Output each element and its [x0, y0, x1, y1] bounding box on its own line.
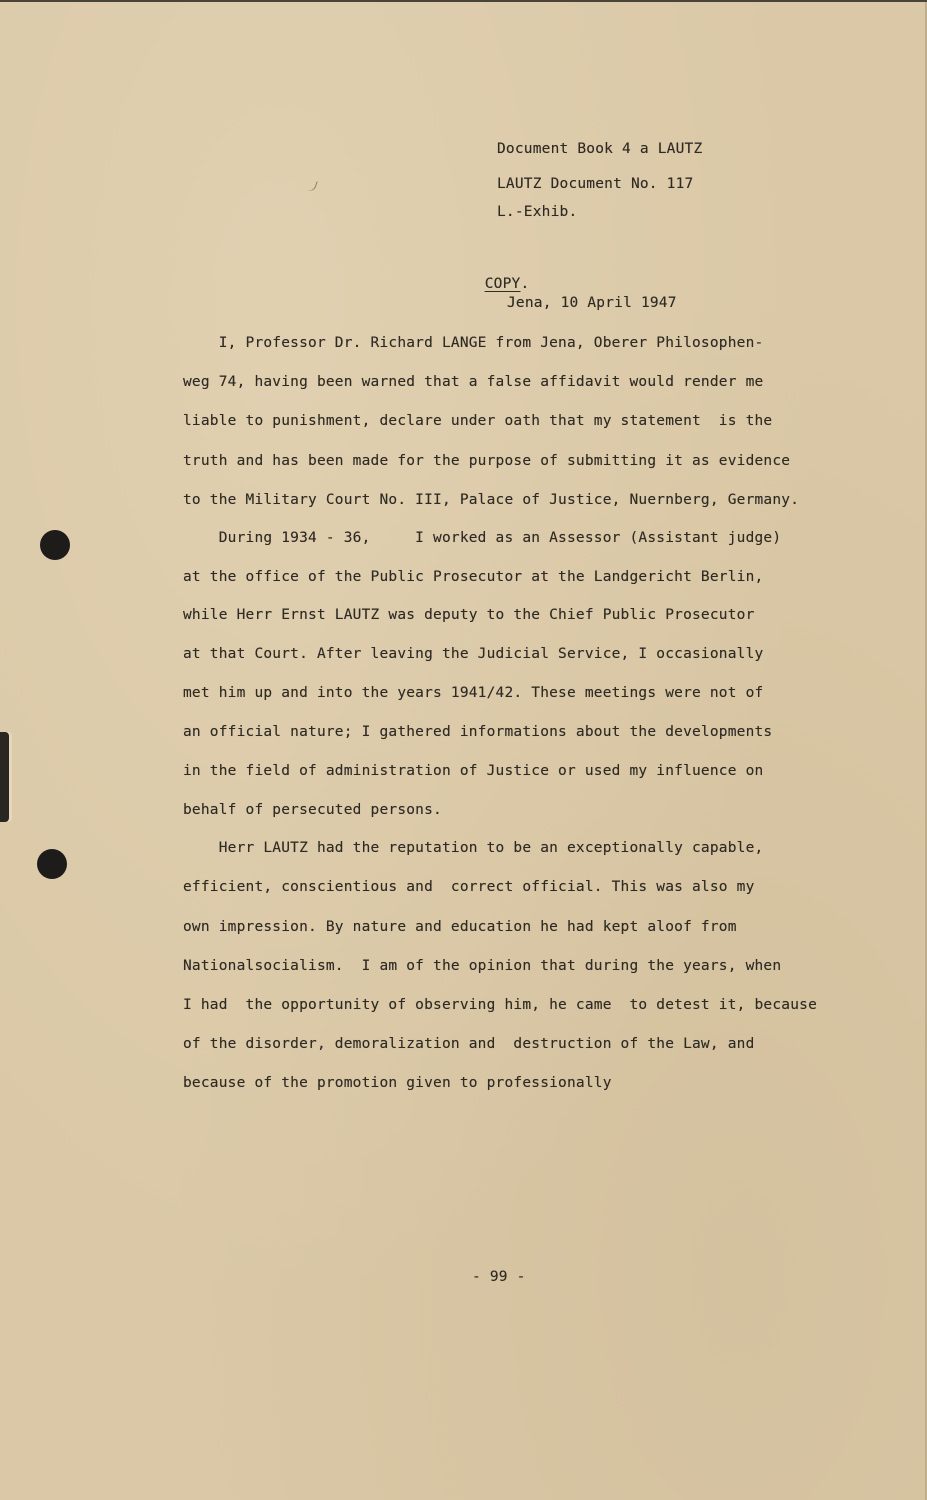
pen-mark	[307, 179, 318, 193]
body-line: met him up and into the years 1941/42. T…	[183, 685, 763, 701]
body-line: to the Military Court No. III, Palace of…	[183, 492, 799, 508]
copy-title: COPY	[485, 276, 521, 292]
document-page: Document Book 4 a LAUTZ LAUTZ Document N…	[0, 0, 927, 1500]
page-number: - 99 -	[472, 1269, 526, 1285]
body-line: behalf of persecuted persons.	[183, 802, 442, 818]
body-line: own impression. By nature and education …	[183, 919, 737, 935]
body-line: Herr LAUTZ had the reputation to be an e…	[183, 840, 763, 856]
body-line: weg 74, having been warned that a false …	[183, 374, 763, 390]
dateline: Jena, 10 April 1947	[507, 295, 677, 311]
punch-hole-top	[40, 530, 70, 560]
body-line: During 1934 - 36, I worked as an Assesso…	[183, 530, 781, 546]
body-line: truth and has been made for the purpose …	[183, 453, 790, 469]
body-line: while Herr Ernst LAUTZ was deputy to the…	[183, 607, 755, 623]
header-exhibit: L.-Exhib.	[497, 204, 577, 220]
binder-clip	[0, 732, 9, 822]
body-line: efficient, conscientious and correct off…	[183, 879, 755, 895]
body-line: of the disorder, demoralization and dest…	[183, 1036, 755, 1052]
body-line: liable to punishment, declare under oath…	[183, 413, 772, 429]
body-line: because of the promotion given to profes…	[183, 1075, 612, 1091]
body-line: at the office of the Public Prosecutor a…	[183, 569, 763, 585]
body-line: in the field of administration of Justic…	[183, 763, 763, 779]
body-line: at that Court. After leaving the Judicia…	[183, 646, 763, 662]
punch-hole-bottom	[37, 849, 67, 879]
body-line: Nationalsocialism. I am of the opinion t…	[183, 958, 781, 974]
body-line: I had the opportunity of observing him, …	[183, 997, 817, 1013]
copy-title-period: .	[520, 276, 529, 292]
header-document-number: LAUTZ Document No. 117	[497, 176, 693, 192]
header-document-book: Document Book 4 a LAUTZ	[497, 141, 702, 157]
body-line: an official nature; I gathered informati…	[183, 724, 772, 740]
body-line: I, Professor Dr. Richard LANGE from Jena…	[183, 335, 763, 351]
